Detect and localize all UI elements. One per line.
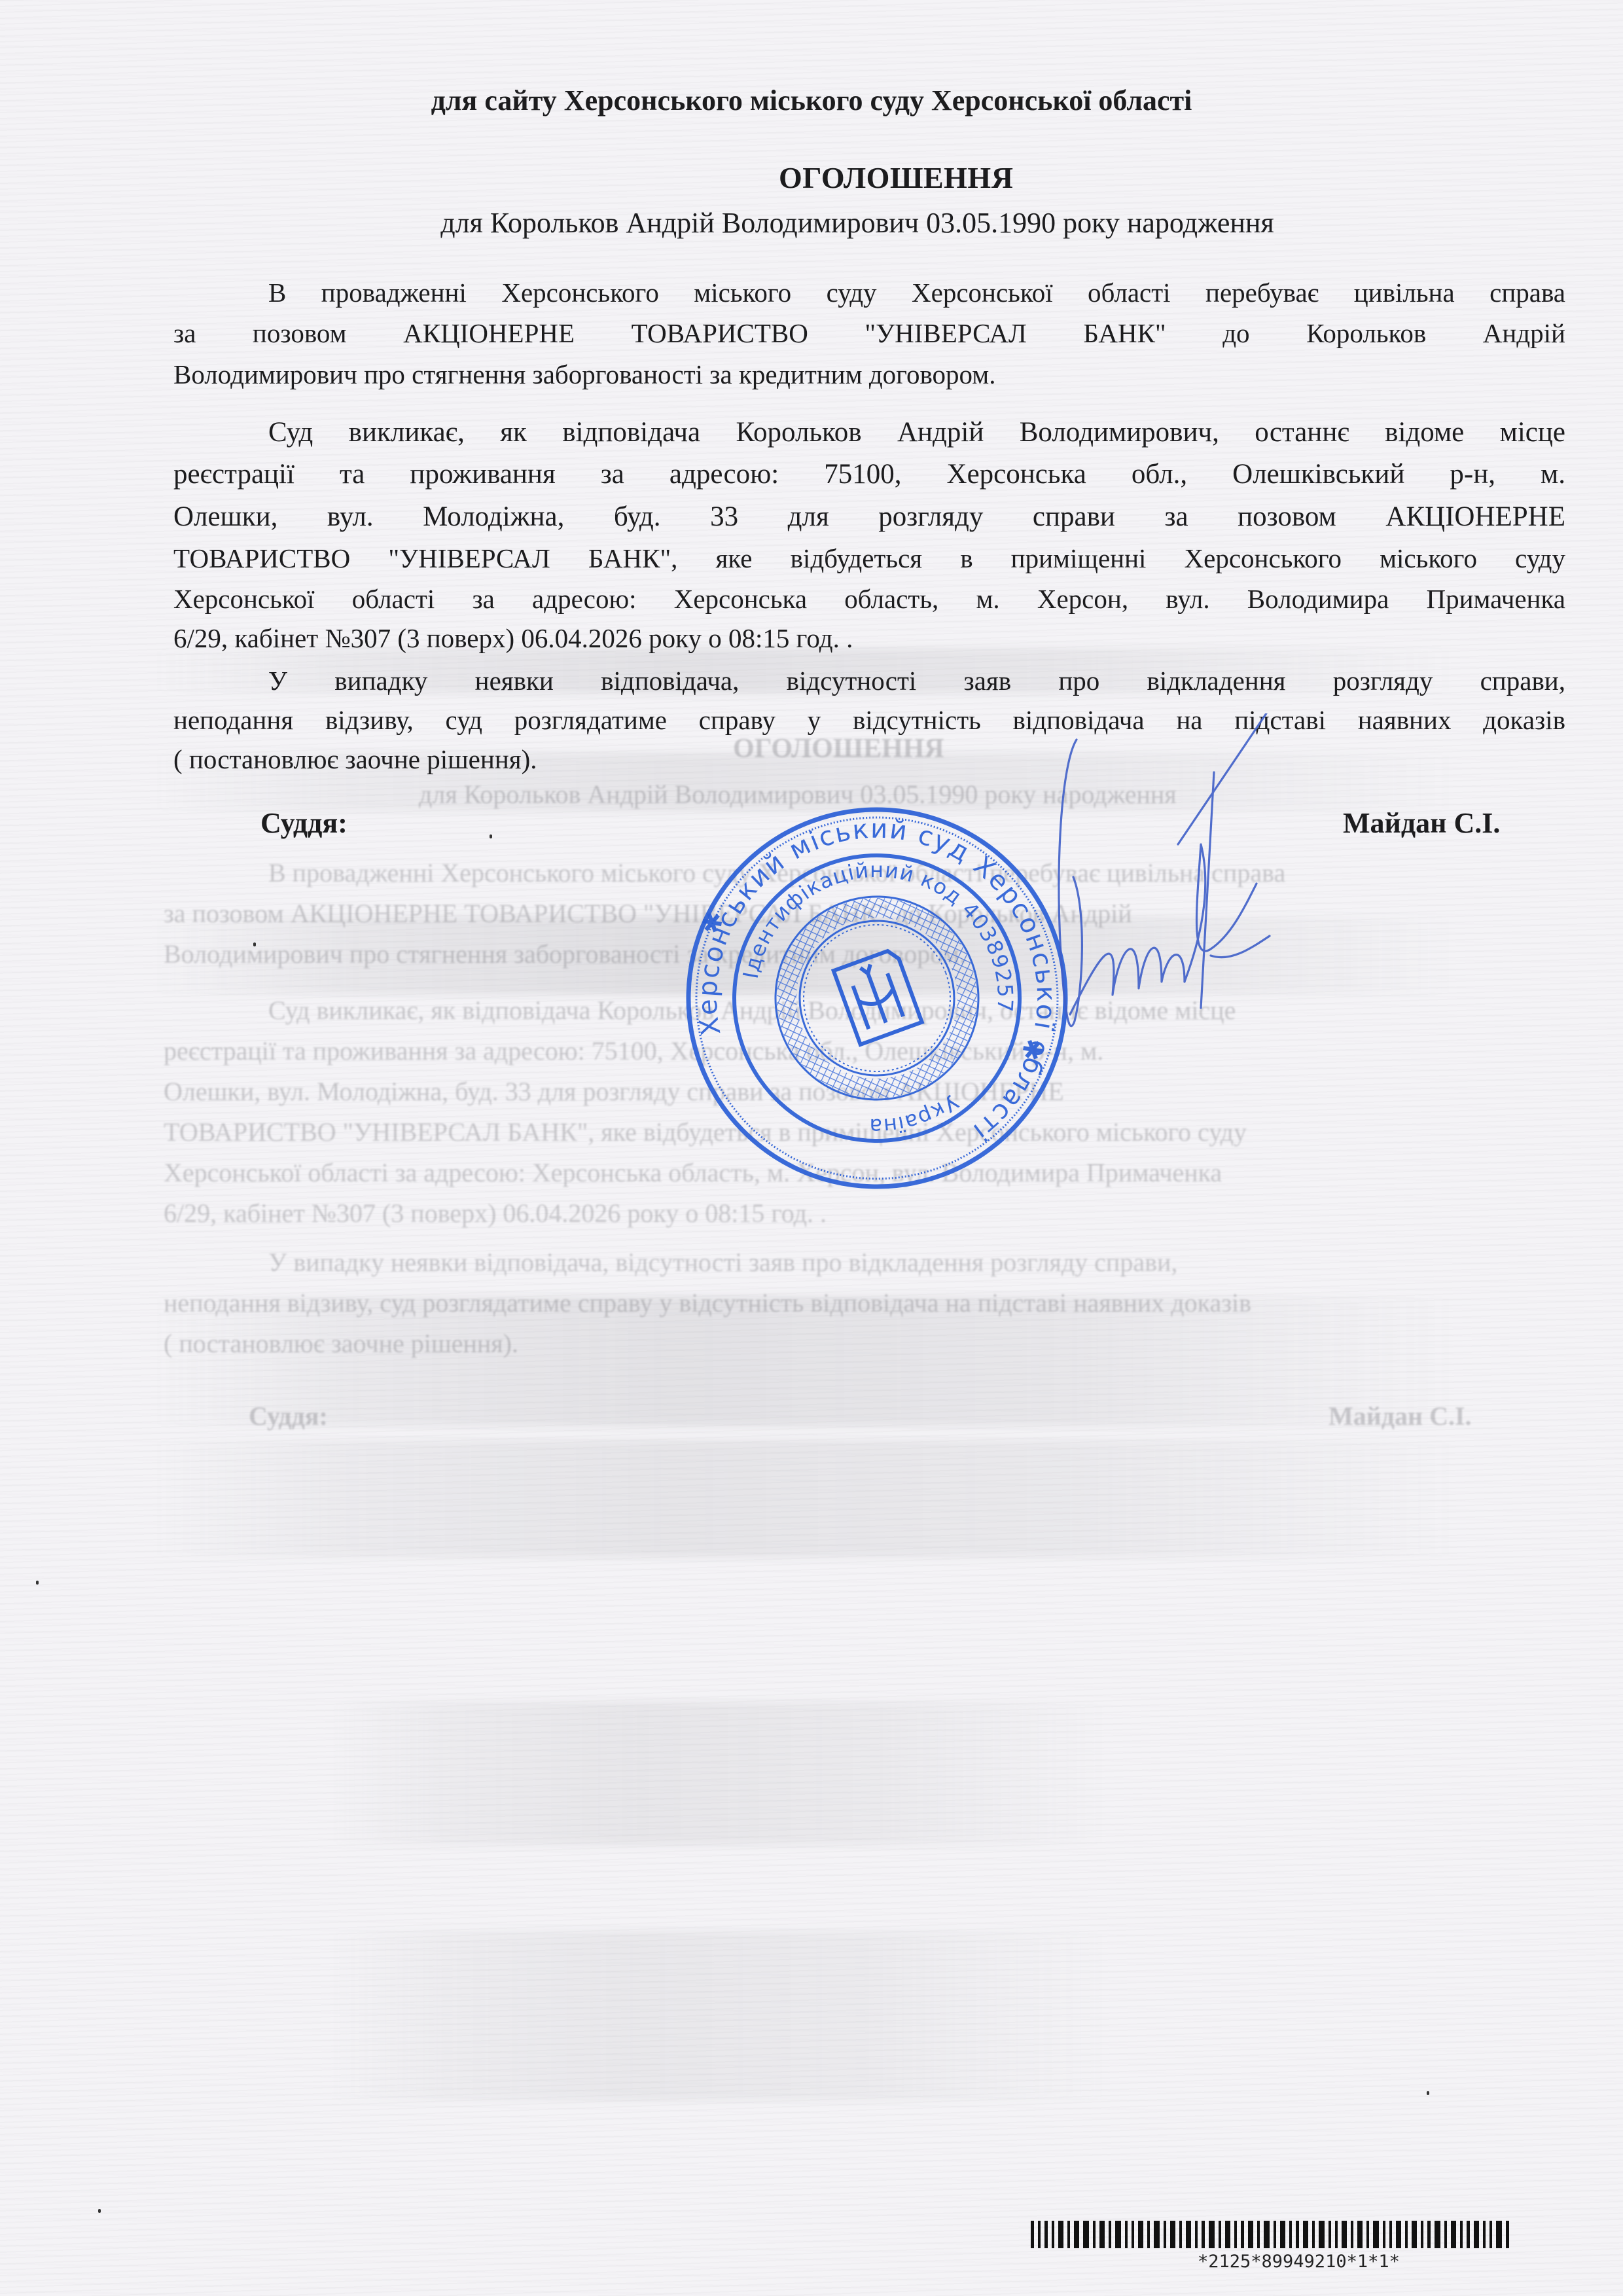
paragraph-line: Суд викликає, як відповідача Корольков А… xyxy=(268,416,1565,449)
paragraph-line: 6/29, кабінет №307 (3 поверх) 06.04.2026… xyxy=(173,622,1565,655)
judge-label: Суддя: xyxy=(260,806,348,840)
document-subtitle: для Корольков Андрій Володимирович 03.05… xyxy=(0,206,1623,240)
paragraph-line: В провадженні Херсонського міського суду… xyxy=(268,276,1565,309)
judge-name: Майдан С.І. xyxy=(1343,806,1500,840)
scan-smudge xyxy=(327,1931,1113,2101)
scan-speck xyxy=(36,1581,39,1585)
scan-speck xyxy=(98,2209,101,2213)
scan-smudge xyxy=(151,1440,1459,1558)
document-title: ОГОЛОШЕННЯ xyxy=(779,160,1013,195)
paragraph-line: реєстрації та проживання за адресою: 751… xyxy=(173,458,1565,491)
paragraph-line: У випадку неявки відповідача, відсутност… xyxy=(268,664,1565,697)
paragraph-line: Херсонської області за адресою: Херсонсь… xyxy=(173,583,1565,615)
paragraph-line: за позовом АКЦІОНЕРНЕ ТОВАРИСТВО "УНІВЕР… xyxy=(173,317,1565,350)
scan-smudge xyxy=(327,1702,1113,1846)
document-barcode xyxy=(1031,2221,1531,2248)
paragraph-line: ТОВАРИСТВО "УНІВЕРСАЛ БАНК", яке відбуде… xyxy=(173,542,1565,575)
scan-speck xyxy=(253,942,256,946)
judge-signature xyxy=(903,713,1296,1080)
paragraph-line: Володимирович про стягнення заборгованос… xyxy=(173,358,1565,391)
paragraph-line: Олешки, вул. Молодіжна, буд. 33 для розг… xyxy=(173,501,1565,533)
scan-speck xyxy=(1427,2091,1429,2095)
barcode-number: *2125*89949210*1*1* xyxy=(1198,2251,1400,2272)
paragraph-line: неподання відзиву, суд розглядатиме спра… xyxy=(173,704,1565,736)
scan-speck xyxy=(490,834,492,838)
site-header: для сайту Херсонського міського суду Хер… xyxy=(0,84,1623,117)
paragraph-line: ( постановлює заочне рішення). xyxy=(173,743,1565,776)
